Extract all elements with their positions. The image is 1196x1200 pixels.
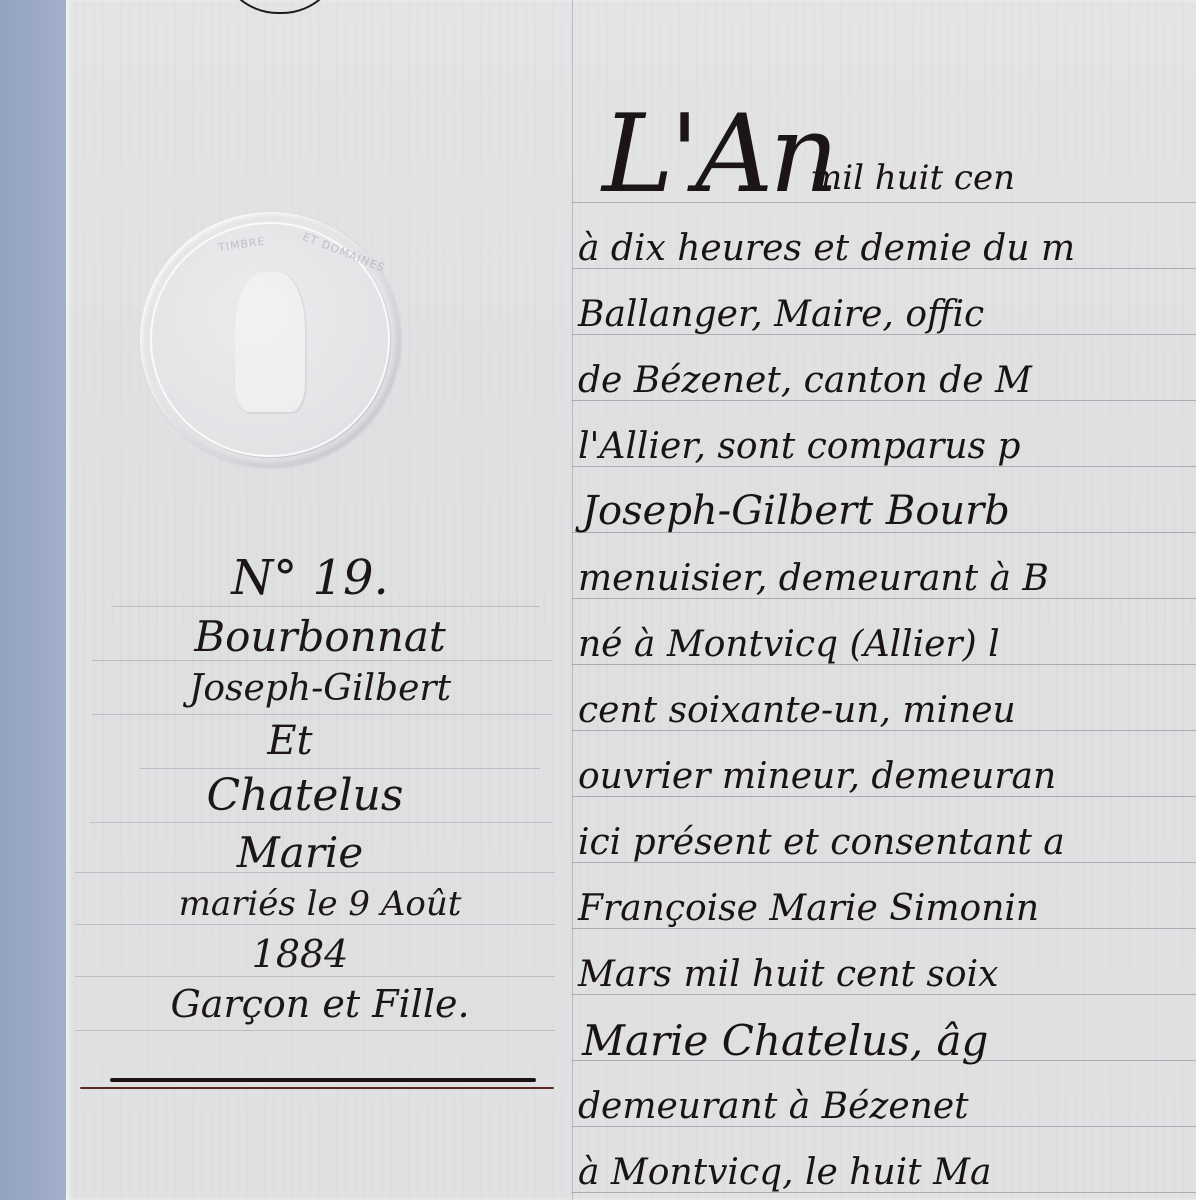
groom-given-names: Joseph-Gilbert [70,668,570,709]
body-line-10: ouvrier mineur, demeuran [578,756,1056,797]
body-line-1: mil huit cen [810,158,1015,198]
closing-rule-thick [110,1078,536,1082]
body-line-6: Joseph-Gilbert Bourb [582,488,1010,534]
seal-figure-icon [235,272,305,412]
ruled-line [92,714,552,715]
body-line-14: Marie Chatelus, âg [582,1016,988,1065]
body-line-2: à dix heures et demie du m [578,228,1075,269]
marriage-date: mariés le 9 Août [70,884,570,924]
embossed-seal-icon: TIMBRE ET DOMAINES [140,212,400,467]
closing-rule-thin [80,1087,554,1089]
marital-status: Garçon et Fille. [70,982,570,1026]
groom-surname: Bourbonnat [70,612,570,661]
act-body: L'An mil huit cen à dix heures et demie … [572,0,1196,1200]
body-line-15: demeurant à Bézenet [578,1086,969,1127]
ruled-line [140,768,540,769]
ruled-line [112,606,540,607]
bride-given-name: Marie [70,828,530,877]
entry-number: N° 19. [120,550,500,606]
body-line-9: cent soixante-un, mineu [578,690,1016,731]
conjunction-et: Et [70,718,510,764]
body-line-16: à Montvicq, le huit Ma [578,1152,991,1193]
ruled-line [75,1030,555,1031]
decorative-initial: L'An [602,92,835,217]
body-line-11: ici présent et consentant a [578,822,1065,863]
ruled-line [75,924,555,925]
body-line-13: Mars mil huit cent soix [578,954,998,995]
ruled-line [75,976,555,977]
body-line-7: menuisier, demeurant à B [578,558,1049,599]
marriage-year: 1884 [70,932,530,976]
body-line-3: Ballanger, Maire, offic [578,294,984,335]
body-line-8: né à Montvicq (Allier) l [578,624,1000,665]
body-line-4: de Bézenet, canton de M [578,360,1032,401]
body-line-5: l'Allier, sont comparus p [578,426,1020,467]
scanner-backdrop [0,0,66,1200]
ruled-line [90,822,552,823]
bride-surname: Chatelus [70,770,540,821]
body-line-12: Françoise Marie Simonin [578,888,1039,929]
